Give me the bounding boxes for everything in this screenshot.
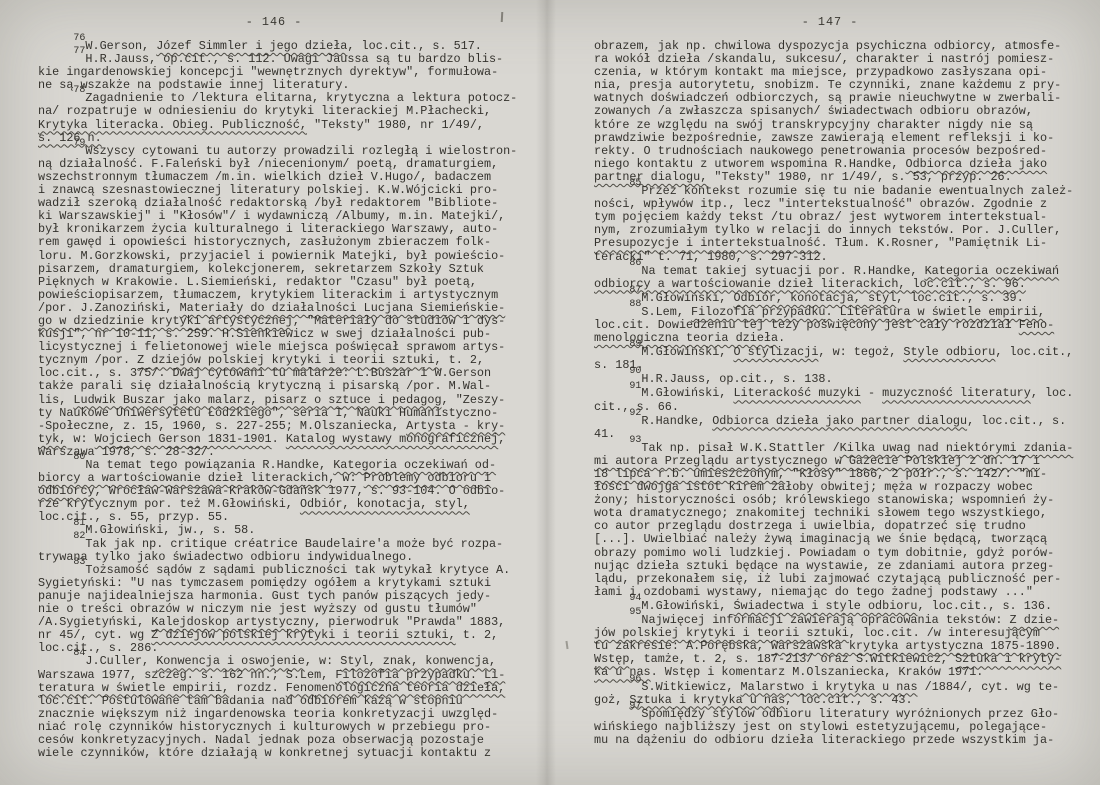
underlined-title: Odbiór, konotacja, styl [733,291,896,305]
text-line: [...]. Uwielbiać należy żywą imaginacją … [594,533,1074,546]
text-line: mu na dążeniu do odbioru dzieła literack… [594,734,1074,747]
underlined-title: menologiczna teoria dzieła [594,331,778,345]
text-line: s. 126 n. [38,132,518,145]
underlined-title: go w dziedzinie krytyki artystycznej [38,314,293,328]
footnote-number: 87 [629,285,641,296]
underlined-title: ka u nas [594,665,651,679]
text-line: loc.cit. Postulowane tam badania nad odb… [38,695,518,708]
underlined-title: Sztuka i kryty- [955,652,1061,666]
footnote-96: 96S.Witkiewicz, Malarstwo i krytyka u na… [594,681,1074,707]
footnote-number: 89 [629,339,641,350]
text-line: 82Tak jak np. critique créatrice Baudela… [38,538,518,551]
text-line: 87M.Głowiński, Odbiór, konotacja, styl, … [594,292,1074,305]
footnote-number: 97 [629,701,641,712]
underlined-title: Malarstwo i krytyka u nas [741,680,918,694]
footnote-97: 97Spomiędzy stylów odbioru literatury wy… [594,708,1074,747]
footnote-89: 89M.Głowiński, O stylizacji, w: tegoż, S… [594,346,1074,372]
text-line: Krytyka literacka. Obieg. Publiczność, "… [38,119,518,132]
underlined-title: Wojciech Gerson 1831-1901 [95,432,272,446]
text-line: lądu, przekonałem się, iż lubi zajmować … [594,573,1074,586]
footnotes-column: obrazem, jak np. chwilowa dyspozycja psy… [594,40,1074,747]
underlined-title: biorcy a wartościowanie dzieł literackic… [38,471,335,485]
underlined-title: Artysta - kry- [406,419,505,433]
footnote-82: 82Tak jak np. critique créatrice Baudela… [38,538,518,564]
underlined-title: Katalog wystawy monograficznej [286,432,498,446]
underlined-title: Materiały do działalności Lucjana Siemie… [180,301,506,315]
text-line: menologiczna teoria dzieła. [594,332,1074,345]
footnote-number: 86 [629,258,641,269]
underlined-title: odbiorcy [38,484,95,498]
page-number-header: - 146 - [38,15,510,29]
text-line: 79Wszyscy cytowani tu autorzy prowadzili… [38,145,518,158]
underlined-title: Ludwik Buszar jako malarz, pisarz o sztu… [73,393,441,407]
text-line: 91M.Głowiński, Literackość muzyki - muzy… [594,387,1074,400]
underlined-title: Z dziejów polskiej krytyki i teorii sztu… [151,628,455,642]
underlined-title: Filozofia przypadku. [691,305,833,319]
text-line: wiele czynników, które działają w konkre… [38,747,518,760]
footnote-88: 88S.Lem, Filozofia przypadku. Literatura… [594,306,1074,345]
footnote-86: 86Na temat takiej sytuacji por. R.Handke… [594,265,1074,291]
footnote-number: 82 [73,531,85,542]
text-line: 94M.Głowiński, Świadectwa i style odbior… [594,600,1074,613]
underlined-title: odbiorcy a wartościowanie dzieł literack… [594,277,1026,291]
underlined-title: Styl, znak, konwencja, [340,654,496,668]
underlined-title: Warszawska krytyka artystyczna 1875-1890… [771,639,1061,653]
footnote-80: 80Na temat tego powiązania R.Handke, Kat… [38,459,518,524]
footnote-number: 83 [73,557,85,568]
page-146: - 146 - 76W.Gerson, Józef Simmler i jego… [0,0,550,785]
text-line: 41. [594,428,1074,441]
underlined-title: Z dzie- [1010,613,1060,627]
underlined-title: mi autora Przeglądu artystycznego w Gaze… [594,454,1040,468]
underlined-title: Presupozycje i intertekstualność [594,236,821,250]
text-line: rem gawęd i opowieści historycznych, zas… [38,236,518,249]
text-line: 81M.Głowiński, jw., s. 58. [38,524,518,537]
footnote-number: 85 [629,178,641,189]
underlined-title: Konwencja i oswojenie [156,654,305,668]
text-line: 90H.R.Jauss, op.cit., s. 138. [594,373,1074,386]
text-line: które ze względu na swój transkrypcyjny … [594,119,1074,132]
text-line: Sygietyński: "U nas tymczasem pomiędzy o… [38,577,518,590]
footnote-84: 84J.Culler, Konwencja i oswojenie, w: St… [38,655,518,760]
underlined-title: teratura w świetle empirii, [38,681,229,695]
footnote-number: 91 [629,381,641,392]
footnote-number: 77 [73,46,85,57]
footnote-77: 77H.R.Jauss, op.cit., s. 112. Uwagi Jaus… [38,53,518,92]
underlined-title: Krytyka literacka. Obieg. Publiczność, [38,118,307,132]
footnote-number: 88 [629,299,641,310]
footnotes-column: 76W.Gerson, Józef Simmler i jego dzieła,… [38,40,518,760]
underlined-title: Literatura w świetle empirii, [840,305,1045,319]
underlined-title: Odbiorca dzieła jako partner dialogu [712,414,967,428]
underlined-title: jów polskiej krytyki i teorii sztuki [594,626,849,640]
scanned-book-spread: - 146 - 76W.Gerson, Józef Simmler i jego… [0,0,1100,785]
text-line: trywana tylko jako świadectwo odbioru in… [38,551,518,564]
text-line: teracki" t. 71, 1980, s. 297-312. [594,251,1074,264]
underlined-title: 18 lipca r.b. umieszczonym, [594,467,785,481]
text-line: s. 181. [594,359,1074,372]
footnote-number: 96 [629,674,641,685]
underlined-title: Kategoria oczekiwań od- [333,458,496,472]
footnote-83: 83Tożsamość sądów z sądami publiczności … [38,564,518,656]
footnote-number: 79 [73,138,85,149]
footnote-number: 76 [73,33,85,44]
underlined-title: Li- [484,668,505,682]
text-line: prawdziwie bezpośrednie, zawsze zawieraj… [594,132,1074,145]
text-line: obrazy pomimo woli ludzkiej. Powiadam o … [594,547,1074,560]
page-number-header: - 147 - [594,15,1066,29]
text-line: teratura w świetle empirii, rozdz. Fenom… [38,682,518,695]
text-line: partner dialogu, "Teksty" 1980, nr 1/49/… [594,171,1074,184]
underlined-title: s. 126 n. [38,131,102,145]
text-line: lis, Ludwik Buszar jako malarz, pisarz o… [38,394,518,407]
footnote-number: 84 [73,648,85,659]
text-line: 83Tożsamość sądów z sądami publiczności … [38,564,518,577]
text-line: goż, Sztuka i krytyka u nas, loc.cit., s… [594,694,1074,707]
footnote-87: 87M.Głowiński, Odbiór, konotacja, styl, … [594,292,1074,305]
footnote-85: 85Przez kontekst rozumie się tu nie bada… [594,185,1074,264]
underlined-title: Kalejdoskop artystyczny [151,615,314,629]
text-line: nując dzieła sztuki będące na wystawie, … [594,560,1074,573]
text-line: ka u nas. Wstęp i komentarz M.Olszanieck… [594,666,1074,679]
underlined-title: partner dialogu, [594,170,707,184]
text-line: Pięknych w Krakowie. L.Siemieński, redak… [38,276,518,289]
underlined-title: Kategoria oczekiwań [925,264,1060,278]
footnote-number: 92 [629,408,641,419]
text-line: łami i ozdobami wystawy, niemając do teg… [594,586,1074,599]
underlined-title: Kilka uwag nad niektórymi zdania- [840,441,1074,455]
text-line: zowanych /a zwłaszcza spisanych/ świadec… [594,105,1074,118]
footnote-number: 80 [73,452,85,463]
text-line: ną działalność. F.Faleński był /niecenio… [38,158,518,171]
footnote-91: 91M.Głowiński, Literackość muzyki - muzy… [594,387,1074,413]
text-line: 89M.Głowiński, O stylizacji, w: tegoż, S… [594,346,1074,359]
underlined-title: Wstęp [594,652,629,666]
text-line: Presupozycje i intertekstualność. Tłum. … [594,237,1074,250]
footnote-number: 94 [629,593,641,604]
underlined-title: Problemy odbioru i [364,471,491,485]
text-line: odbiorcy a wartościowanie dzieł literack… [594,278,1074,291]
footnote-92: 92R.Handke, Odbiorca dzieła jako partner… [594,415,1074,441]
footnote-79: 79Wszyscy cytowani tu autorzy prowadzili… [38,145,518,459]
text-line: znacznie większym niż ingardenowska teor… [38,708,518,721]
underlined-title: Odbiór, konotacja, styl, [300,497,470,511]
text-line: 92R.Handke, Odbiorca dzieła jako partner… [594,415,1074,428]
footnote-number: 90 [629,366,641,377]
footnote-81: 81M.Głowiński, jw., s. 58. [38,524,518,537]
text-line: wińskiego najbliższy jest on stylowi est… [594,721,1074,734]
underlined-title: Literackość muzyki [733,386,860,400]
footnote-94: 94M.Głowiński, Świadectwa i style odbior… [594,600,1074,613]
underlined-title: Z dziejów polskiej krytyki i teorii sztu… [137,353,441,367]
text-line: pisarzem, dramaturgiem, kolekcjonerem, s… [38,263,518,276]
footnote-number: 93 [629,435,641,446]
footnote-78: 78Zagadnienie to /lektura elitarna, kryt… [38,92,518,144]
text-line: cit., s. 66. [594,401,1074,414]
footnote-93: 93Tak np. pisał W.K.Stattler /Kilka uwag… [594,442,1074,599]
text-line: 97Spomiędzy stylów odbioru literatury wy… [594,708,1074,721]
underlined-title: Feno- [1019,318,1054,332]
underlined-title: tyk, [38,432,66,446]
underlined-title: Józef Simmler i jego dzieła [156,39,347,53]
underlined-title: Odbiorca dzieła jako [906,157,1048,171]
underlined-title: Filozofia przypadku. [335,668,477,682]
underlined-title: Sztuka i krytyka u nas [629,693,785,707]
underlined-title: O stylizacji [733,345,818,359]
continuation-paragraph: obrazem, jak np. chwilowa dyspozycja psy… [594,40,1074,184]
underlined-title: Style odbioru [903,345,995,359]
footnote-number: 78 [73,85,85,96]
footnote-number: 81 [73,518,85,529]
page-147: - 147 - obrazem, jak np. chwilowa dyspoz… [550,0,1100,785]
footnote-95: 95Najwięcej informacji zawierają opracow… [594,614,1074,679]
footnote-number: 95 [629,607,641,618]
text-line: tyk, w: Wojciech Gerson 1831-1901. Katal… [38,433,518,446]
underlined-title: Świadectwa i style odbioru [733,599,917,613]
underlined-title: muzyczność literatury [882,386,1031,400]
underlined-title: Fenomenologiczna teoria dzieła, [286,681,505,695]
text-line: 88S.Lem, Filozofia przypadku. Literatura… [594,306,1074,319]
footnote-90: 90H.R.Jauss, op.cit., s. 138. [594,373,1074,386]
text-line: loru. M.Gorzkowski, przyjaciel i powiern… [38,250,518,263]
text-line: niać rolę czynników historycznych i kult… [38,721,518,734]
